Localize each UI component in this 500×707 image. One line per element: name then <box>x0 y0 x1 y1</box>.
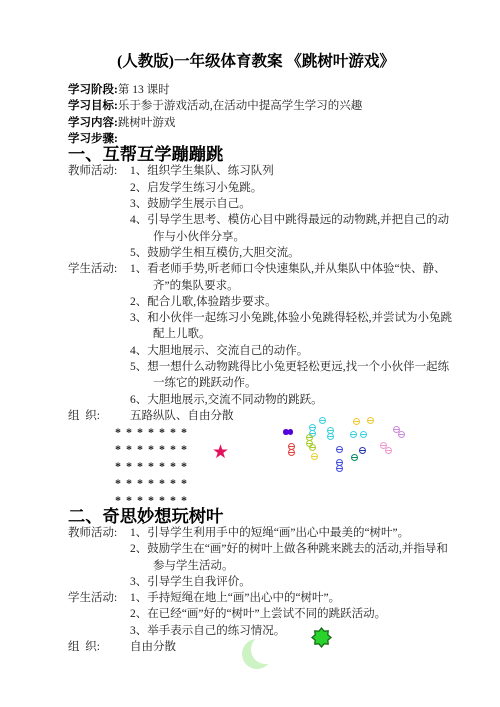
activity-item: 5、想一想什么动物跳得比小兔更轻松更远,找一个小伙伴一起练一练它的跳跃动作。 <box>130 359 454 392</box>
activity-item: 4、引导学生思考、模仿心目中跳得最远的动物跳,并把自己的动作与小伙伴分享。 <box>130 212 454 245</box>
activity-block: 学生活动:1、看老师手势,听老师口令快速集队,并从集队中体验“快、静、齐”的集队… <box>68 261 454 408</box>
activity-item: 3、举手表示自己的练习情况。 <box>130 623 454 639</box>
meta-line: 学习目标:乐于参于游戏活动,在活动中提高学生学习的兴趣 <box>68 98 454 114</box>
meta-value: 乐于参于游戏活动,在活动中提高学生学习的兴趣 <box>118 100 362 112</box>
activity-item: 3、鼓励学生展示自己。 <box>130 196 454 212</box>
activity-item: 3、引导学生自我评价。 <box>130 574 454 590</box>
activity-block: 组 织:五路纵队、自由分散 <box>68 408 454 424</box>
activity-item: 2、在已经“画”好的“树叶”上尝试不同的跳跃活动。 <box>130 606 454 622</box>
meta-label: 学习步骤: <box>68 133 118 145</box>
meta-line: 学习阶段:第 13 课时 <box>68 82 454 98</box>
meta-label: 学习内容: <box>68 117 118 129</box>
meta-label: 学习目标: <box>68 100 118 112</box>
meta-label: 学习阶段: <box>68 84 118 96</box>
meta-section: 学习阶段:第 13 课时学习目标:乐于参于游戏活动,在活动中提高学生学习的兴趣学… <box>68 82 454 147</box>
activity-body: 1、手持短绳在地上“画”出心中的“树叶”。2、在已经“画”好的“树叶”上尝试不同… <box>130 590 454 639</box>
meta-value: 第 13 课时 <box>118 84 170 96</box>
section-2: 二、奇思妙想玩树叶 教师活动:1、引导学生利用手中的短绳“画”出心中最美的“树叶… <box>68 509 454 656</box>
activity-body: 1、组织学生集队、练习队列2、启发学生练习小兔跳。3、鼓励学生展示自己。4、引导… <box>130 163 454 261</box>
activity-item: 1、手持短绳在地上“画”出心中的“树叶”。 <box>130 590 454 606</box>
section-1-heading: 一、互帮互学蹦蹦跳 <box>68 147 454 163</box>
activity-item: 2、鼓励学生在“画”好的树叶上做各种跳来跳去的活动,并指导和参与学生活动。 <box>130 541 454 574</box>
meta-line: 学习内容:跳树叶游戏 <box>68 115 454 131</box>
formation-row: * * * * * * * <box>115 458 454 475</box>
activity-label: 教师活动: <box>68 163 130 179</box>
activity-item: 1、组织学生集队、练习队列 <box>130 163 454 179</box>
activity-item: 4、大胆地展示、交流自己的动作。 <box>130 343 454 359</box>
section-2-heading: 二、奇思妙想玩树叶 <box>68 509 454 525</box>
activity-item: 2、配合儿歌,体验踏步要求。 <box>130 294 454 310</box>
activity-label: 教师活动: <box>68 525 130 541</box>
activity-label: 学生活动: <box>68 261 130 277</box>
activity-body: 1、看老师手势,听老师口令快速集队,并从集队中体验“快、静、齐”的集队要求。2、… <box>130 261 454 408</box>
activity-item: 1、引导学生利用手中的短绳“画”出心中最美的“树叶”。 <box>130 525 454 541</box>
formation-row: * * * * * * * <box>115 475 454 492</box>
activity-block: 教师活动:1、引导学生利用手中的短绳“画”出心中最美的“树叶”。2、鼓励学生在“… <box>68 525 454 590</box>
activity-item: 2、启发学生练习小兔跳。 <box>130 180 454 196</box>
activity-body: 五路纵队、自由分散 <box>130 408 454 424</box>
section-2-blocks: 教师活动:1、引导学生利用手中的短绳“画”出心中最美的“树叶”。2、鼓励学生在“… <box>68 525 454 655</box>
meta-value: 跳树叶游戏 <box>118 117 176 129</box>
formation-row: * * * * * * * <box>115 424 454 441</box>
page-title: (人教版)一年级体育教案 《跳树叶游戏》 <box>58 52 454 72</box>
activity-label: 学生活动: <box>68 590 130 606</box>
organization-text: 自由分散 <box>130 639 454 655</box>
activity-label: 组 织: <box>68 639 130 655</box>
document-page: (人教版)一年级体育教案 《跳树叶游戏》 学习阶段:第 13 课时学习目标:乐于… <box>0 0 500 707</box>
formation-diagram: * * * * * * ** * * * * * ** * * * * * **… <box>68 424 454 508</box>
activity-block: 学生活动:1、手持短绳在地上“画”出心中的“树叶”。2、在已经“画”好的“树叶”… <box>68 590 454 639</box>
activity-label: 组 织: <box>68 408 130 424</box>
activity-body: 1、引导学生利用手中的短绳“画”出心中最美的“树叶”。2、鼓励学生在“画”好的树… <box>130 525 454 590</box>
activity-body: 自由分散 <box>130 639 454 655</box>
activity-block: 组 织:自由分散 <box>68 639 454 655</box>
activity-block: 教师活动:1、组织学生集队、练习队列2、启发学生练习小兔跳。3、鼓励学生展示自己… <box>68 163 454 261</box>
organization-text: 五路纵队、自由分散 <box>130 408 454 424</box>
activity-item: 3、和小伙伴一起练习小兔跳,体验小兔跳得轻松,并尝试为小兔跳配上儿歌。 <box>130 310 454 343</box>
activity-item: 6、大胆地展示,交流不同动物的跳跃。 <box>130 392 454 408</box>
section-1: 一、互帮互学蹦蹦跳 教师活动:1、组织学生集队、练习队列2、启发学生练习小兔跳。… <box>68 147 454 509</box>
formation-row: * * * * * * * <box>115 441 454 458</box>
activity-item: 1、看老师手势,听老师口令快速集队,并从集队中体验“快、静、齐”的集队要求。 <box>130 261 454 294</box>
activity-item: 5、鼓励学生相互模仿,大胆交流。 <box>130 245 454 261</box>
section-1-blocks: 教师活动:1、组织学生集队、练习队列2、启发学生练习小兔跳。3、鼓励学生展示自己… <box>68 163 454 424</box>
